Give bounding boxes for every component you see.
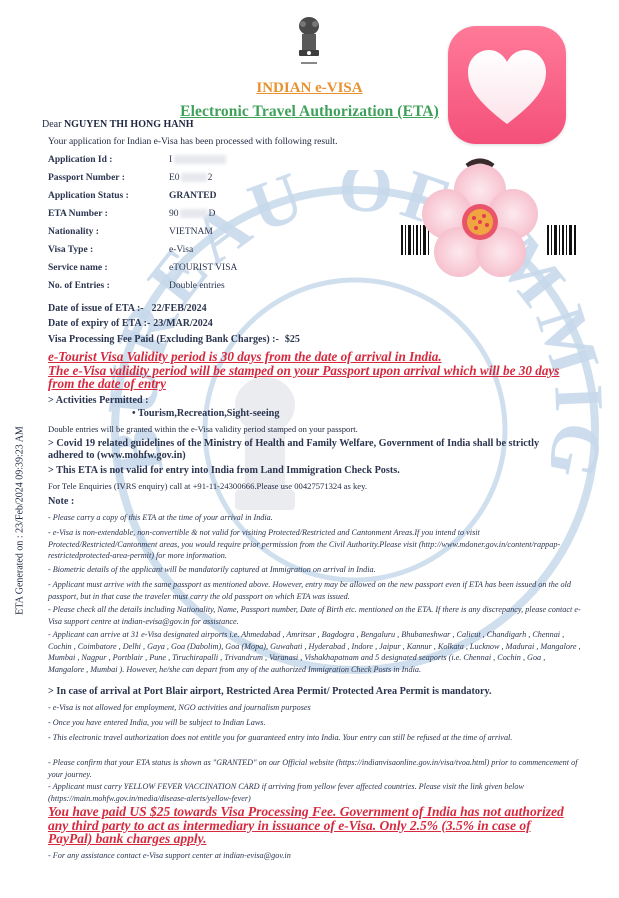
heart-icon bbox=[448, 26, 566, 144]
note-item: - Applicant must arrive with the same pa… bbox=[48, 579, 582, 602]
field-value-service-name: eTOURIST VISA bbox=[169, 263, 237, 273]
expiry-date-value: 23/MAR/2024 bbox=[153, 318, 212, 329]
field-value-entries: Double entries bbox=[169, 281, 225, 291]
eta-generated-timestamp: ETA Generated on : 23/Feb/2024 09:39:23 … bbox=[15, 421, 26, 621]
applicant-name: NGUYEN THI HONG HANH bbox=[64, 119, 194, 130]
issue-date-row: Date of issue of ETA :-22/FEB/2024 bbox=[48, 303, 207, 314]
fee-notice: You have paid US $25 towards Visa Proces… bbox=[48, 805, 568, 846]
field-label-service-name: Service name : bbox=[48, 263, 108, 273]
greeting: Dear NGUYEN THI HONG HANH bbox=[42, 119, 194, 130]
issue-date-value: 22/FEB/2024 bbox=[152, 303, 207, 314]
field-value-eta-number: 90D bbox=[169, 209, 215, 219]
note-item: - Applicant can arrive at 31 e-Visa desi… bbox=[48, 629, 582, 675]
note-item: - Once you have entered India, you will … bbox=[48, 717, 582, 729]
note-item: - e-Visa is non-extendable, non-converti… bbox=[48, 527, 582, 562]
expiry-date-row: Date of expiry of ETA :-23/MAR/2024 bbox=[48, 318, 213, 329]
land-checkpost-notice: > This ETA is not valid for entry into I… bbox=[48, 465, 568, 477]
tele-enquiry: For Tele Enquiries (IVRS enquiry) call a… bbox=[48, 481, 367, 491]
field-value-passport-number: E02 bbox=[169, 173, 212, 183]
intro-text: Your application for Indian e-Visa has b… bbox=[48, 137, 337, 147]
cherry-blossom-sticker-icon bbox=[412, 156, 548, 284]
field-label-passport-number: Passport Number : bbox=[48, 173, 125, 183]
expiry-date-label: Date of expiry of ETA :- bbox=[48, 318, 150, 329]
covid-notice: > Covid 19 related guidelines of the Min… bbox=[48, 438, 568, 462]
field-label-eta-number: ETA Number : bbox=[48, 209, 108, 219]
field-value-application-status: GRANTED bbox=[169, 191, 217, 201]
fee-label: Visa Processing Fee Paid (Excluding Bank… bbox=[48, 334, 279, 345]
field-label-entries: No. of Entries : bbox=[48, 281, 110, 291]
note-item: - Please check all the details including… bbox=[48, 604, 582, 627]
activities-item: • Tourism,Recreation,Sight-seeing bbox=[132, 408, 619, 420]
field-value-nationality: VIETNAM bbox=[169, 227, 213, 237]
port-blair-notice: > In case of arrival at Port Blair airpo… bbox=[48, 686, 568, 698]
note-item: - Applicant must carry YELLOW FEVER VACC… bbox=[48, 781, 582, 804]
field-value-application-id: I bbox=[169, 155, 226, 165]
field-label-application-status: Application Status : bbox=[48, 191, 129, 201]
note-item: - e-Visa is not allowed for employment, … bbox=[48, 702, 582, 714]
fee-row: Visa Processing Fee Paid (Excluding Bank… bbox=[48, 334, 300, 345]
field-label-visa-type: Visa Type : bbox=[48, 245, 93, 255]
note-item: - Please carry a copy of this ETA at the… bbox=[48, 512, 582, 524]
field-value-visa-type: e-Visa bbox=[169, 245, 193, 255]
validity-notice-2: The e-Visa validity period will be stamp… bbox=[48, 364, 588, 390]
national-emblem-icon bbox=[289, 14, 329, 70]
note-item: - Biometric details of the applicant wil… bbox=[48, 564, 582, 576]
note-item: - This electronic travel authorization d… bbox=[48, 732, 582, 744]
entries-note: Double entries will be granted within th… bbox=[48, 424, 358, 434]
activities-heading: > Activities Permitted : bbox=[48, 395, 568, 407]
field-label-application-id: Application Id : bbox=[48, 155, 112, 165]
field-label-nationality: Nationality : bbox=[48, 227, 99, 237]
heart-sticker-icon bbox=[448, 26, 566, 144]
validity-notice-1: e-Tourist Visa Validity period is 30 day… bbox=[48, 350, 588, 363]
note-heading: Note : bbox=[48, 496, 568, 508]
note-item: - Please confirm that your ETA status is… bbox=[48, 757, 582, 780]
greeting-prefix: Dear bbox=[42, 119, 61, 130]
issue-date-label: Date of issue of ETA :- bbox=[48, 303, 144, 314]
fee-value: $25 bbox=[285, 334, 300, 345]
assistance-note: - For any assistance contact e-Visa supp… bbox=[48, 850, 582, 862]
